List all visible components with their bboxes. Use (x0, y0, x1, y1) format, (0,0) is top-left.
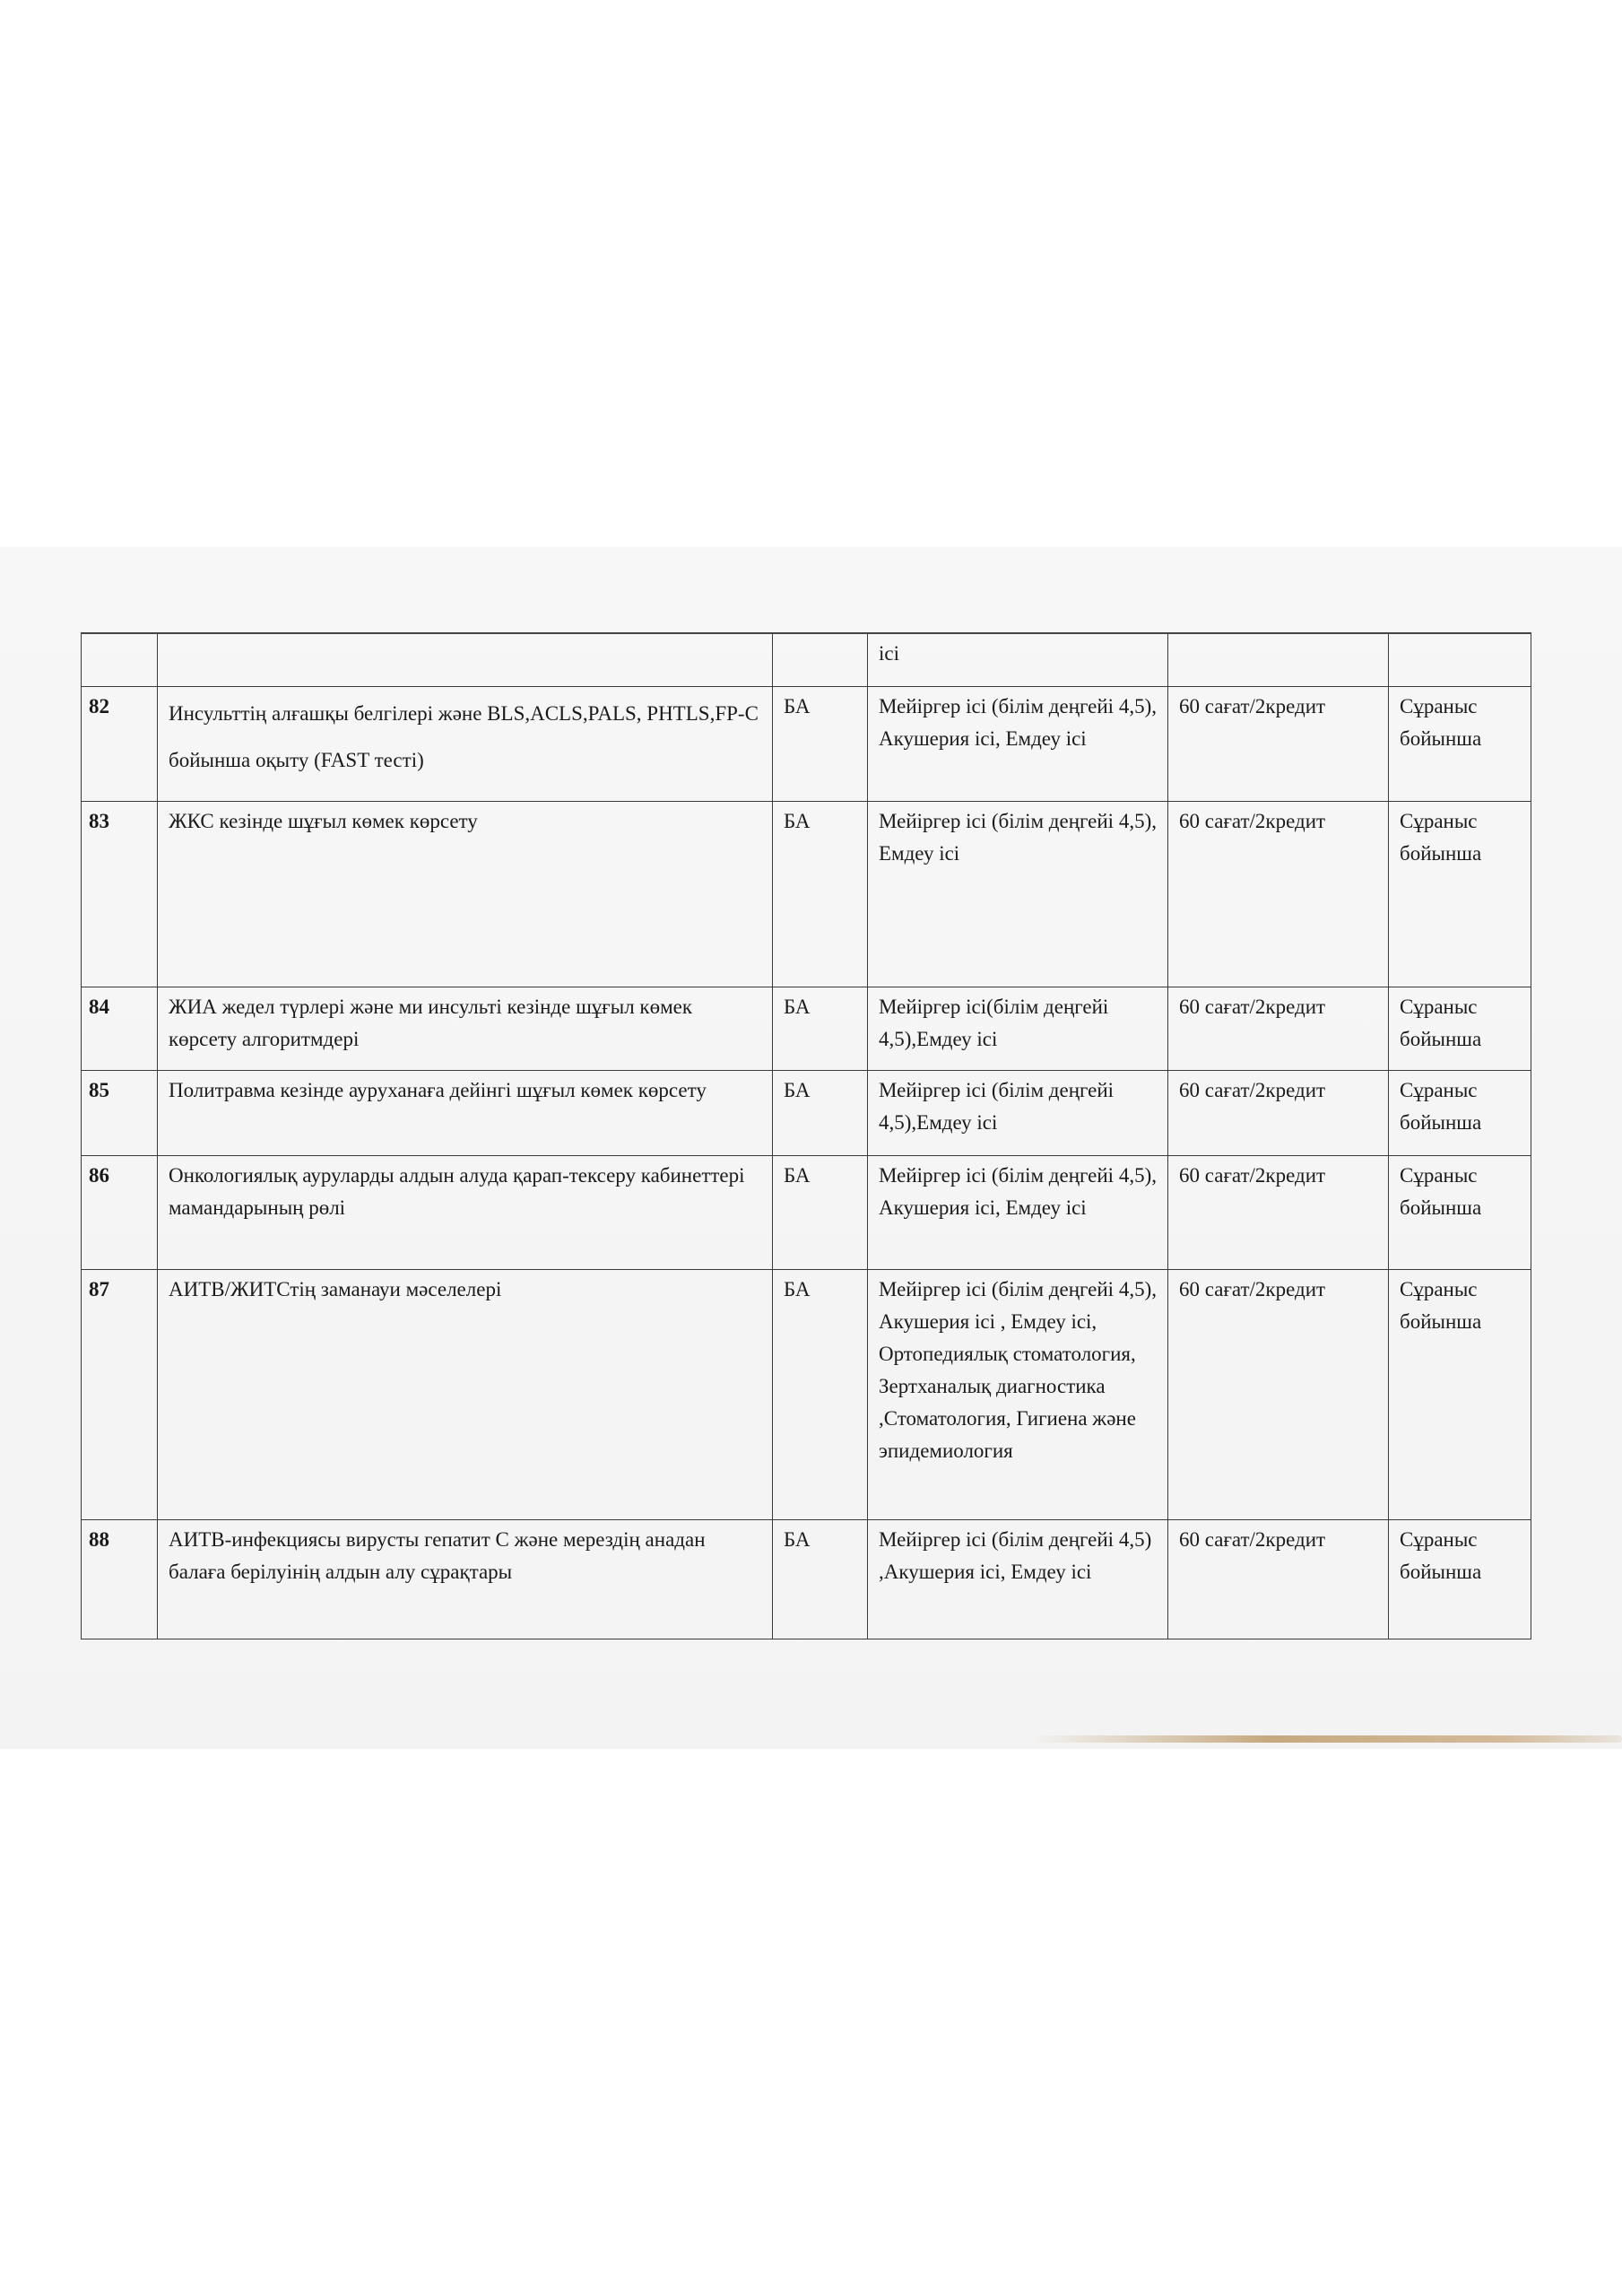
cell-number: 86 (82, 1155, 158, 1269)
cell-specialty: Мейіргер ісі (білім деңгейі 4,5), Акушер… (868, 1155, 1168, 1269)
cell-specialty: Мейіргер ісі (білім деңгейі 4,5), Емдеу … (868, 801, 1168, 987)
table-row: 87 АИТВ/ЖИТСтің заманауи мәселелері БА М… (82, 1269, 1531, 1519)
cell-hours: 60 сағат/2кредит (1168, 1070, 1389, 1155)
cell-number: 84 (82, 987, 158, 1070)
cell-specialty: ісі (868, 633, 1168, 686)
cell-format: Сұраныс бойынша (1389, 1070, 1531, 1155)
table-row: 85 Политравма кезінде ауруханаға дейінгі… (82, 1070, 1531, 1155)
cell-number: 88 (82, 1519, 158, 1639)
cell-number: 83 (82, 801, 158, 987)
cell-specialty: Мейіргер ісі(білім деңгейі 4,5),Емдеу іс… (868, 987, 1168, 1070)
cell-hours: 60 сағат/2кредит (1168, 1269, 1389, 1519)
course-table: ісі 82 Инсульттің алғашқы белгілері және… (81, 632, 1531, 1639)
cell-specialty: Мейіргер ісі (білім деңгейі 4,5), Акушер… (868, 686, 1168, 801)
cell-format: Сұраныс бойынша (1389, 987, 1531, 1070)
cell-hours (1168, 633, 1389, 686)
cell-hours: 60 сағат/2кредит (1168, 987, 1389, 1070)
table-row-continuation: ісі (82, 633, 1531, 686)
table-row: 86 Онкологиялық ауруларды алдын алуда қа… (82, 1155, 1531, 1269)
cell-format (1389, 633, 1531, 686)
cell-title: Инсульттің алғашқы белгілері және BLS,AC… (158, 686, 773, 801)
cell-level: БА (773, 1155, 868, 1269)
cell-title: АИТВ-инфекциясы вирусты гепатит С және м… (158, 1519, 773, 1639)
cell-format: Сұраныс бойынша (1389, 1155, 1531, 1269)
cell-format: Сұраныс бойынша (1389, 686, 1531, 801)
table-row: 83 ЖКС кезінде шұғыл көмек көрсету БА Ме… (82, 801, 1531, 987)
cell-title: АИТВ/ЖИТСтің заманауи мәселелері (158, 1269, 773, 1519)
cell-title: ЖИА жедел түрлері және ми инсульті кезін… (158, 987, 773, 1070)
table-row: 88 АИТВ-инфекциясы вирусты гепатит С жән… (82, 1519, 1531, 1639)
cell-level (773, 633, 868, 686)
cell-format: Сұраныс бойынша (1389, 1269, 1531, 1519)
cell-number: 87 (82, 1269, 158, 1519)
cell-level: БА (773, 987, 868, 1070)
cell-title: Онкологиялық ауруларды алдын алуда қарап… (158, 1155, 773, 1269)
cell-level: БА (773, 801, 868, 987)
cell-number (82, 633, 158, 686)
cell-specialty: Мейіргер ісі (білім деңгейі 4,5), Акушер… (868, 1269, 1168, 1519)
cell-specialty: Мейіргер ісі (білім деңгейі 4,5),Емдеу і… (868, 1070, 1168, 1155)
table-row: 82 Инсульттің алғашқы белгілері және BLS… (82, 686, 1531, 801)
cell-number: 85 (82, 1070, 158, 1155)
page-edge-stain (1031, 1735, 1622, 1743)
cell-specialty: Мейіргер ісі (білім деңгейі 4,5) ,Акушер… (868, 1519, 1168, 1639)
table-row: 84 ЖИА жедел түрлері және ми инсульті ке… (82, 987, 1531, 1070)
cell-hours: 60 сағат/2кредит (1168, 1519, 1389, 1639)
cell-level: БА (773, 1269, 868, 1519)
cell-number: 82 (82, 686, 158, 801)
cell-hours: 60 сағат/2кредит (1168, 686, 1389, 801)
cell-level: БА (773, 1519, 868, 1639)
cell-level: БА (773, 686, 868, 801)
cell-hours: 60 сағат/2кредит (1168, 801, 1389, 987)
cell-hours: 60 сағат/2кредит (1168, 1155, 1389, 1269)
cell-title: ЖКС кезінде шұғыл көмек көрсету (158, 801, 773, 987)
cell-title: Политравма кезінде ауруханаға дейінгі шұ… (158, 1070, 773, 1155)
cell-level: БА (773, 1070, 868, 1155)
cell-title (158, 633, 773, 686)
cell-format: Сұраныс бойынша (1389, 801, 1531, 987)
cell-format: Сұраныс бойынша (1389, 1519, 1531, 1639)
